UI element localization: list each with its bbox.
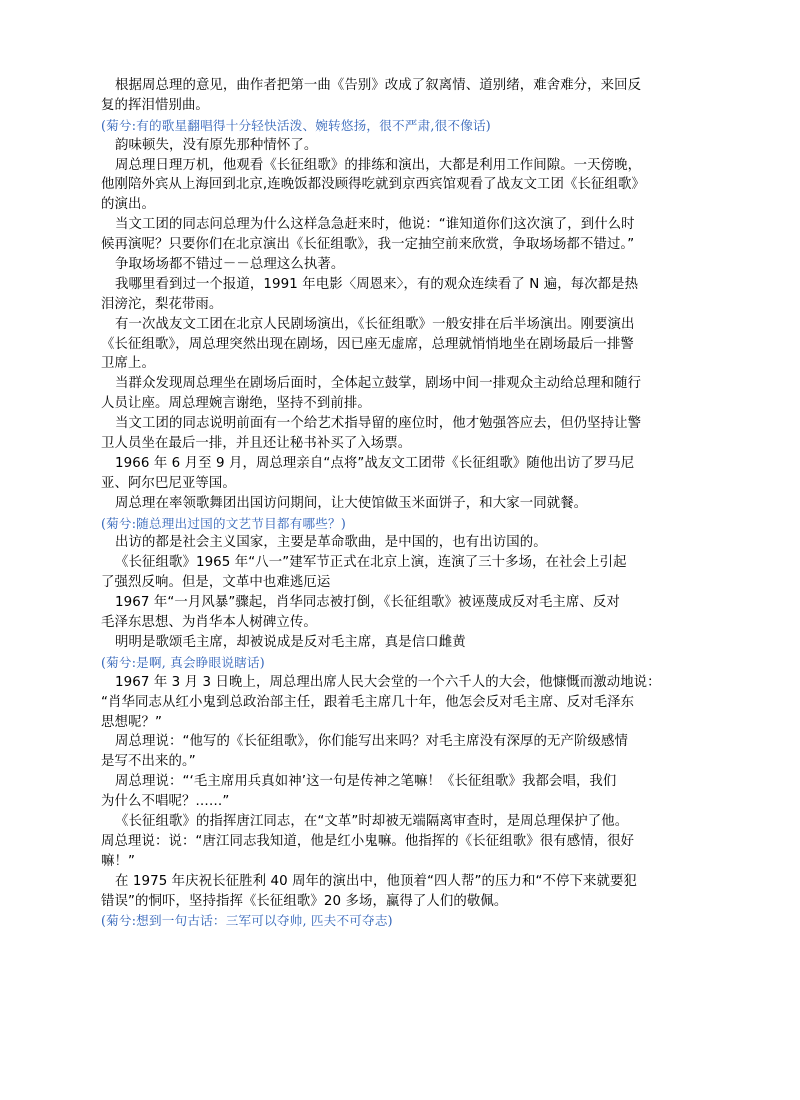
paragraph-line: 周总理说：“他写的《长征组歌》，你们能写出来吗？对毛主席没有深厚的无产阶级感情 (101, 732, 699, 752)
paragraph-line: 《长征组歌》1965 年“八一”建军节正式在北京上演，连演了三十多场，在社会上引… (101, 553, 699, 573)
paragraph-line: 当文工团的同志说明前面有一个给艺术指导留的座位时，他才勉强答应去，但仍坚持让警 (101, 414, 699, 434)
paragraph-line: “肖华同志从红小鬼到总政治部主任，跟着毛主席几十年，他怎会反对毛主席、反对毛泽东 (101, 693, 699, 713)
paragraph-line: 是写不出来的。” (101, 752, 699, 772)
paragraph-line: 争取场场都不错过－－总理这么执著。 (101, 255, 699, 275)
paragraph-line: 了强烈反响。但是，文革中也难逃厄运 (101, 573, 699, 593)
paragraph-line: 卫人员坐在最后一排，并且还让秘书补买了入场票。 (101, 434, 699, 454)
annotation-comment: (菊兮:有的歌星翻唱得十分轻快活泼、婉转悠扬，很不严肃,很不像话) (101, 116, 699, 136)
paragraph-line: 周总理说：“‘毛主席用兵真如神’这一句是传神之笔嘛！《长征组歌》我都会唱，我们 (101, 772, 699, 792)
paragraph-line: 《长征组歌》的指挥唐江同志，在“文革”时却被无端隔离审查时，是周总理保护了他。 (101, 812, 699, 832)
paragraph-line: 思想呢？” (101, 713, 699, 733)
paragraph-line: 出访的都是社会主义国家，主要是革命歌曲，是中国的，也有出访国的。 (101, 533, 699, 553)
paragraph-line: 候再演呢？只要你们在北京演出《长征组歌》，我一定抽空前来欣赏，争取场场都不错过。… (101, 235, 699, 255)
annotation-comment: (菊兮:是啊, 真会睁眼说瞎话) (101, 653, 699, 673)
paragraph-line: 毛泽东思想、为肖华本人树碑立传。 (101, 613, 699, 633)
paragraph-line: 我哪里看到过一个报道，1991 年电影〈周恩来〉，有的观众连续看了 N 遍，每次… (101, 275, 699, 295)
paragraph-line: 亚、阿尔巴尼亚等国。 (101, 474, 699, 494)
paragraph-line: 为什么不唱呢？……” (101, 792, 699, 812)
paragraph-line: 有一次战友文工团在北京人民剧场演出，《长征组歌》一般安排在后半场演出。刚要演出 (101, 315, 699, 335)
paragraph-line: 当群众发现周总理坐在剧场后面时，全体起立鼓掌，剧场中间一排观众主动给总理和随行 (101, 374, 699, 394)
paragraph-line: 卫席上。 (101, 354, 699, 374)
paragraph-line: 1967 年“一月风暴”骤起，肖华同志被打倒，《长征组歌》被诬蔑成反对毛主席、反… (101, 593, 699, 613)
paragraph-line: 1966 年 6 月至 9 月，周总理亲自“点将”战友文工团带《长征组歌》随他出… (101, 454, 699, 474)
paragraph-line: 明明是歌颂毛主席，却被说成是反对毛主席，真是信口雌黄 (101, 633, 699, 653)
paragraph-line: 根据周总理的意见，曲作者把第一曲《告别》改成了叙离情、道别绪，难舍难分，来回反 (101, 76, 699, 96)
annotation-comment: (菊兮:随总理出过国的文艺节目都有哪些？) (101, 514, 699, 534)
paragraph-line: 嘛！” (101, 852, 699, 872)
annotation-comment: (菊兮:想到一句古话：三军可以夺帅, 匹夫不可夺志) (101, 911, 699, 931)
paragraph-line: 错误”的恫吓，坚持指挥《长征组歌》20 多场，赢得了人们的敬佩。 (101, 892, 699, 912)
paragraph-line: 他刚陪外宾从上海回到北京,连晚饭都没顾得吃就到京西宾馆观看了战友文工团《长征组歌… (101, 175, 699, 195)
paragraph-line: 的演出。 (101, 195, 699, 215)
paragraph-line: 周总理在率领歌舞团出国访问期间，让大使馆做玉米面饼子，和大家一同就餐。 (101, 494, 699, 514)
paragraph-line: 1967 年 3 月 3 日晚上，周总理出席人民大会堂的一个六千人的大会，他慷慨… (101, 673, 699, 693)
paragraph-line: 泪滂沱，梨花带雨。 (101, 295, 699, 315)
paragraph-line: 人员让座。周总理婉言谢绝，坚持不到前排。 (101, 394, 699, 414)
paragraph-line: 当文工团的同志问总理为什么这样急急赶来时，他说：“谁知道你们这次演了，到什么时 (101, 215, 699, 235)
document-page: 根据周总理的意见，曲作者把第一曲《告别》改成了叙离情、道别绪，难舍难分，来回反复… (101, 76, 699, 931)
paragraph-line: 在 1975 年庆祝长征胜利 40 周年的演出中，他顶着“四人帮”的压力和“不停… (101, 872, 699, 892)
paragraph-line: 韵味顿失，没有原先那种情怀了。 (101, 136, 699, 156)
paragraph-line: 《长征组歌》，周总理突然出现在剧场，因已座无虚席，总理就悄悄地坐在剧场最后一排警 (101, 335, 699, 355)
paragraph-line: 周总理日理万机，他观看《长征组歌》的排练和演出，大都是利用工作间隙。一天傍晚， (101, 156, 699, 176)
paragraph-line: 周总理说：说：“唐江同志我知道，他是红小鬼嘛。他指挥的《长征组歌》很有感情，很好 (101, 832, 699, 852)
paragraph-line: 复的挥泪惜别曲。 (101, 96, 699, 116)
